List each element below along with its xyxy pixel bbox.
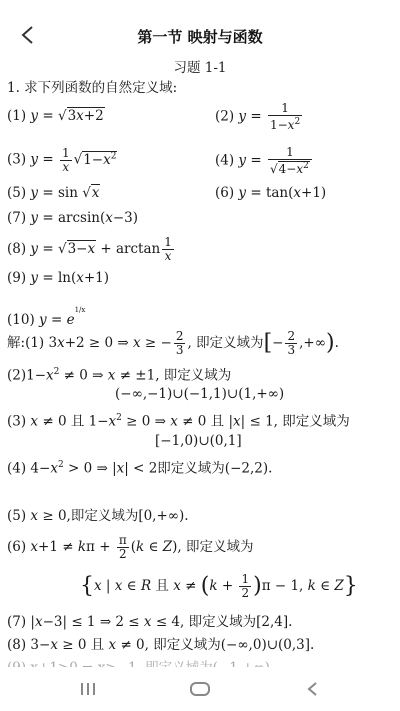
nav-back-button[interactable] — [292, 677, 332, 701]
page-title: 第一节 映射与函数 — [0, 26, 400, 47]
header: 第一节 映射与函数 — [0, 0, 400, 52]
problem-item-7: (7) y = arcsin(x−3) — [7, 208, 138, 228]
solution-2-domain: (−∞,−1)∪(−1,1)∪(1,+∞) — [115, 384, 284, 404]
home-button[interactable] — [180, 677, 220, 701]
problem-item-10: (10) y = e1/x — [7, 300, 85, 330]
problem-item-9: (9) y = ln(x+1) — [7, 268, 109, 288]
system-navbar — [0, 667, 400, 711]
solution-7: (7) |x−3| ≤ 1 ⇒ 2 ≤ x ≤ 4, 即定义域为[2,4]. — [7, 612, 292, 632]
problem-item-1: (1) y = √3x+2 — [7, 106, 105, 126]
document-content[interactable]: 1. 求下列函数的自然定义域: (1) y = √3x+2 (2) y = 11… — [0, 78, 400, 668]
problem-item-5: (5) y = sin √x — [7, 183, 100, 203]
problem-item-3: (3) y = 1x√1−x2 — [7, 146, 117, 174]
recent-apps-button[interactable] — [68, 677, 108, 701]
problem-item-6: (6) y = tan(x+1) — [215, 183, 326, 203]
problem-item-2: (2) y = 11−x2 — [215, 102, 304, 132]
back-icon — [305, 681, 319, 697]
solution-5: (5) x ≥ 0,即定义域为[0,+∞). — [7, 506, 189, 526]
solution-8: (8) 3−x ≥ 0 且 x ≠ 0, 即定义域为(−∞,0)∪(0,3]. — [7, 635, 314, 655]
problem-item-8: (8) y = √3−x + arctan1x — [7, 236, 176, 263]
solution-1: 解:(1) 3x+2 ≥ 0 ⇒ x ≥ −23, 即定义域为[−23,+∞). — [7, 330, 339, 357]
exercise-subtitle: 习题 1-1 — [0, 56, 400, 76]
solution-6: (6) x+1 ≠ kπ + π2(k ∈ Z), 即定义域为 — [7, 534, 254, 561]
recent-apps-icon — [78, 681, 98, 697]
problem-heading: 1. 求下列函数的自然定义域: — [7, 78, 177, 98]
solution-6-domain: {x | x ∈ R 且 x ≠ (k + 12)π − 1, k ∈ Z} — [80, 573, 358, 600]
problem-item-4: (4) y = 1√4−x2 — [215, 146, 314, 176]
home-icon — [189, 681, 211, 697]
solution-2: (2)1−x2 ≠ 0 ⇒ x ≠ ±1, 即定义域为 — [7, 362, 231, 386]
solution-4: (4) 4−x2 > 0 ⇒ |x| < 2即定义域为(−2,2). — [7, 455, 272, 479]
solution-3-domain: [−1,0)∪(0,1] — [155, 431, 242, 451]
solution-3: (3) x ≠ 0 且 1−x2 ≥ 0 ⇒ x ≠ 0 且 |x| ≤ 1, … — [7, 408, 350, 432]
